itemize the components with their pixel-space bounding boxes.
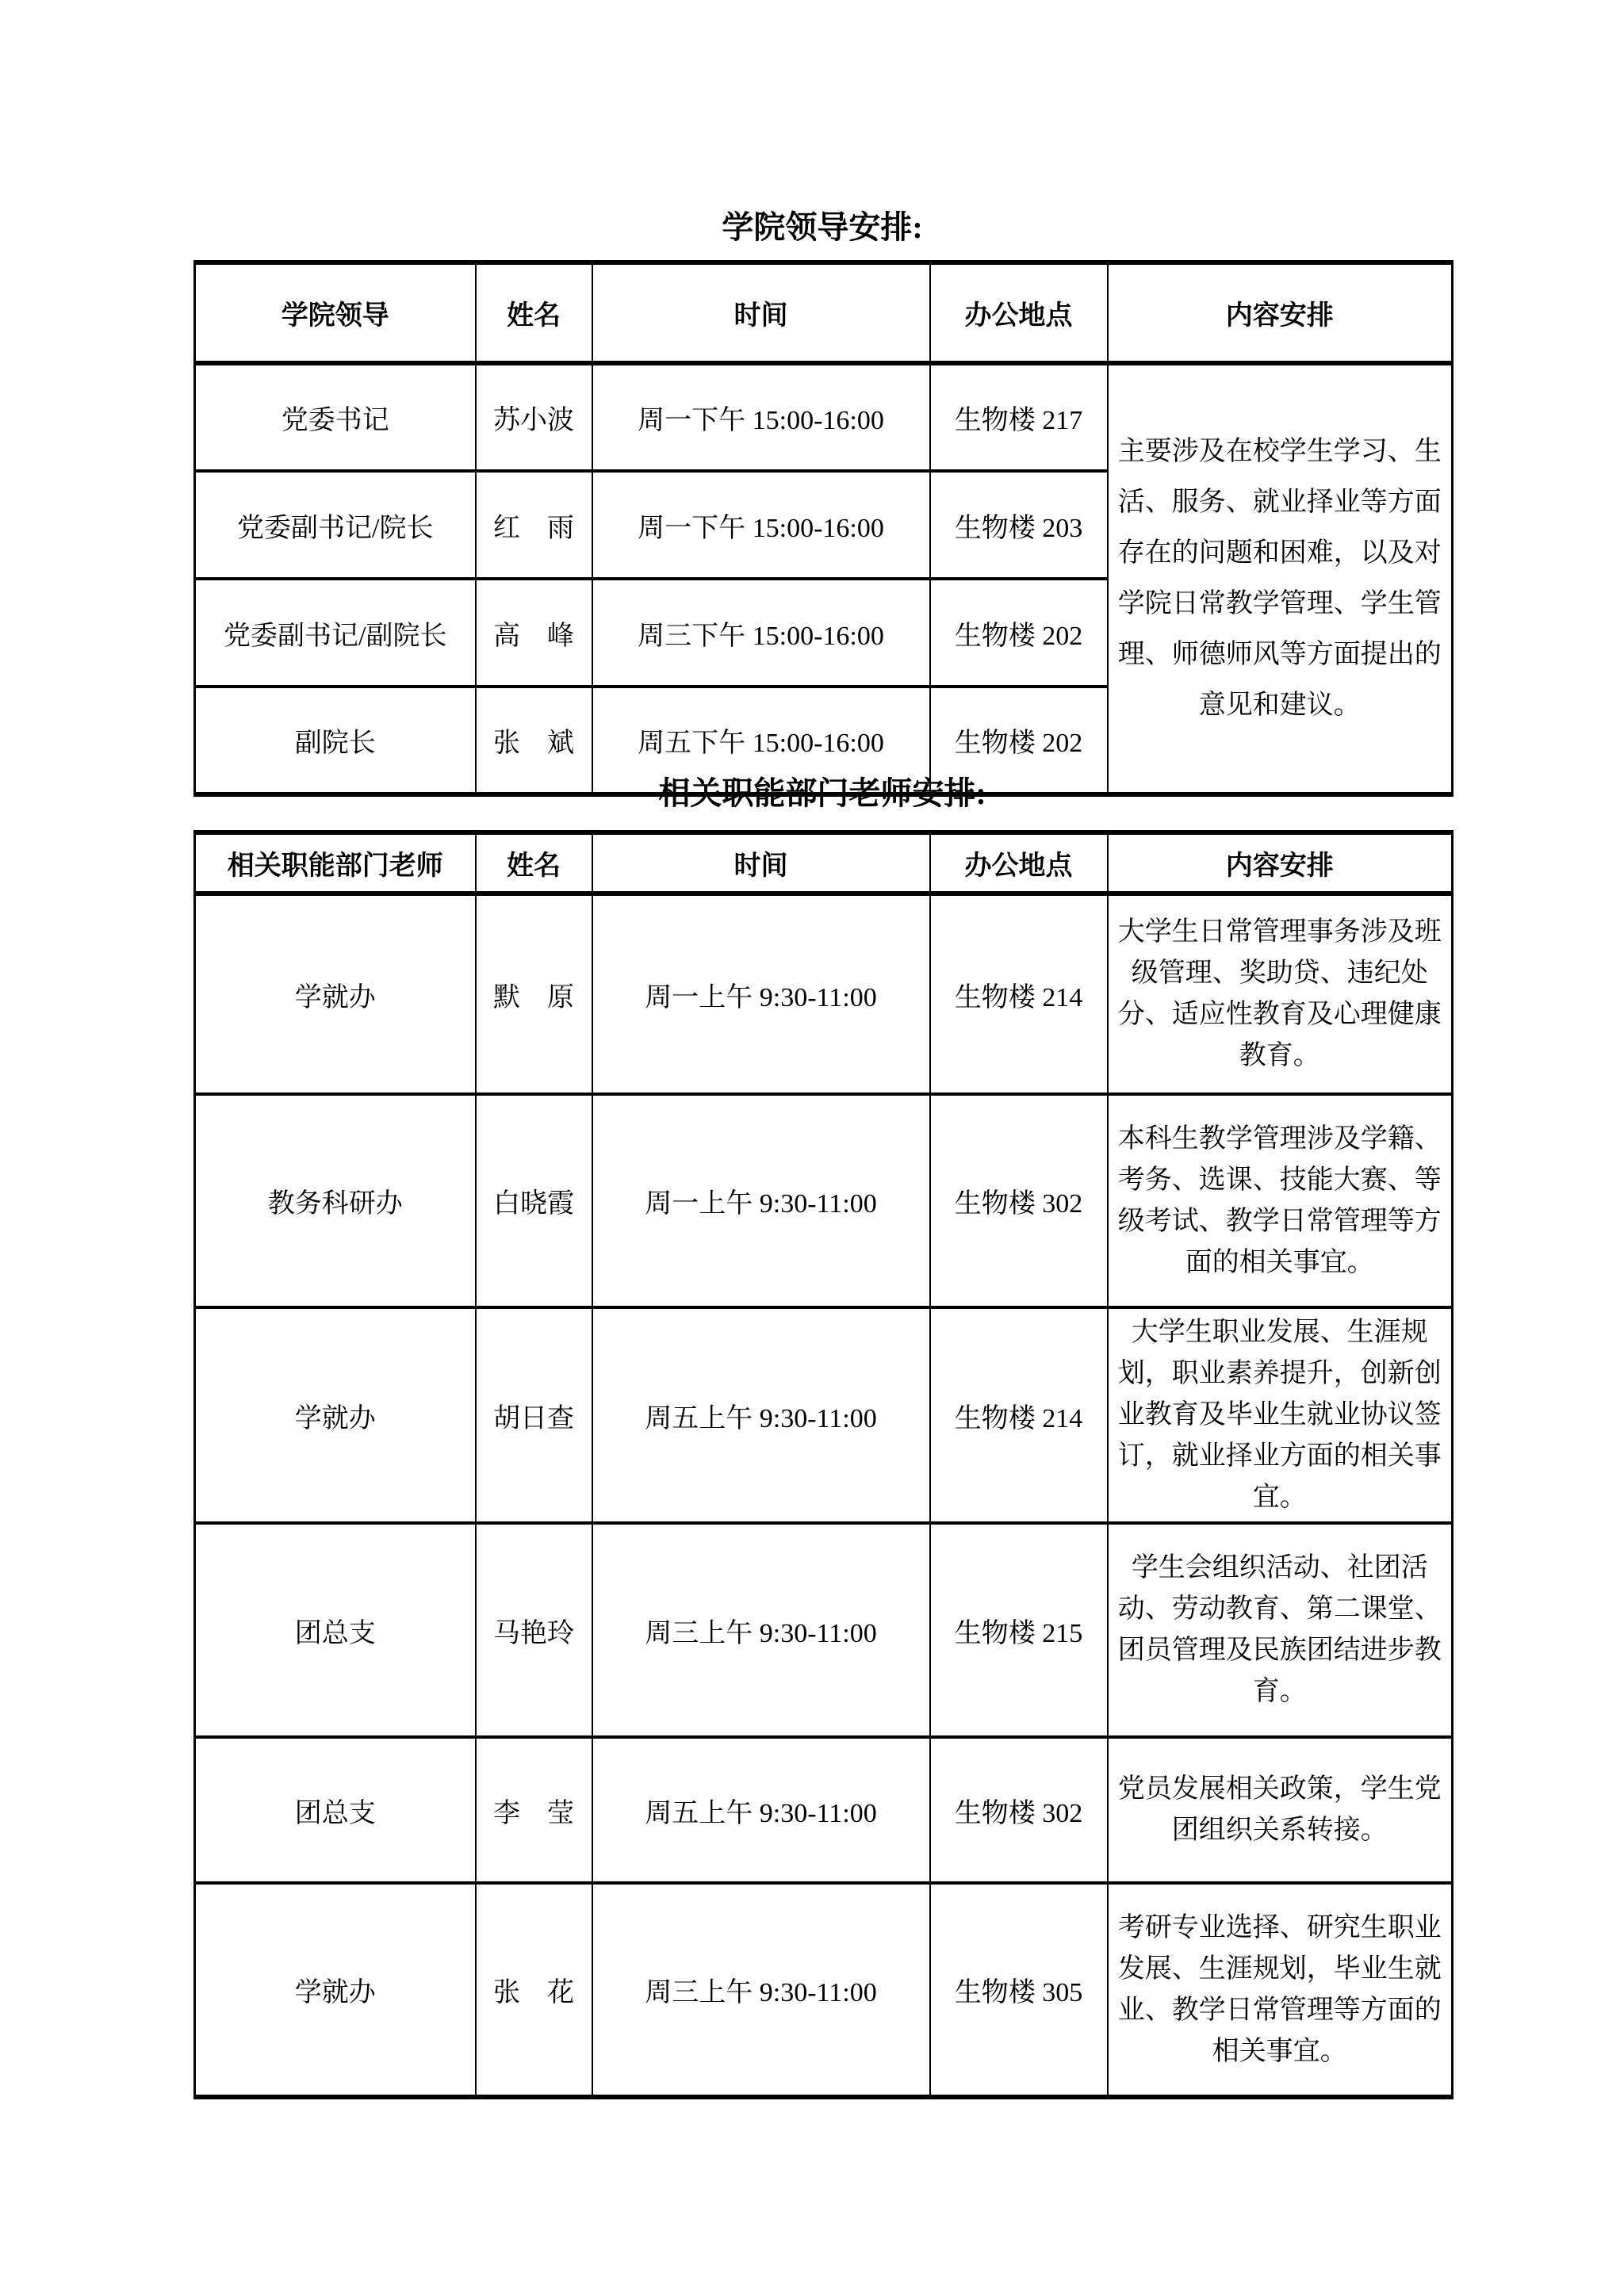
teacher-name-cell: 张 花: [476, 1883, 592, 2097]
leaders-table: 学院领导 姓名 时间 办公地点 内容安排 党委书记 苏小波 周一下午 15:00…: [193, 260, 1454, 797]
office-cell: 生物楼 214: [930, 894, 1108, 1094]
table-row: 党委书记 苏小波 周一下午 15:00-16:00 生物楼 217 主要涉及在校…: [195, 363, 1453, 471]
office-cell: 生物楼 305: [930, 1883, 1108, 2097]
teacher-name-cell: 白晓霞: [476, 1094, 592, 1307]
time-cell: 周一下午 15:00-16:00: [592, 471, 930, 579]
office-cell: 生物楼 302: [930, 1094, 1108, 1307]
leader-name-cell: 苏小波: [476, 363, 592, 471]
leader-name-cell: 高 峰: [476, 579, 592, 687]
column-header-name: 姓名: [476, 262, 592, 363]
office-cell: 生物楼 214: [930, 1307, 1108, 1523]
department-cell: 教务科研办: [195, 1094, 476, 1307]
content-cell: 大学生日常管理事务涉及班级管理、奖助贷、违纪处分、适应性教育及心理健康教育。: [1108, 894, 1453, 1094]
leader-role-cell: 党委书记: [195, 363, 476, 471]
leader-role-cell: 党委副书记/院长: [195, 471, 476, 579]
leaders-header-row: 学院领导 姓名 时间 办公地点 内容安排: [195, 262, 1453, 363]
office-cell: 生物楼 302: [930, 1737, 1108, 1883]
content-cell: 考研专业选择、研究生职业发展、生涯规划，毕业生就业、教学日常管理等方面的相关事宜…: [1108, 1883, 1453, 2097]
time-cell: 周一下午 15:00-16:00: [592, 363, 930, 471]
office-cell: 生物楼 217: [930, 363, 1108, 471]
time-cell: 周三上午 9:30-11:00: [592, 1883, 930, 2097]
department-cell: 团总支: [195, 1523, 476, 1737]
time-cell: 周五上午 9:30-11:00: [592, 1307, 930, 1523]
content-cell: 本科生教学管理涉及学籍、考务、选课、技能大赛、等级考试、教学日常管理等方面的相关…: [1108, 1094, 1453, 1307]
content-cell: 学生会组织活动、社团活动、劳动教育、第二课堂、团员管理及民族团结进步教育。: [1108, 1523, 1453, 1737]
content-merged-cell: 主要涉及在校学生学习、生活、服务、就业择业等方面存在的问题和困难，以及对学院日常…: [1108, 363, 1453, 794]
leader-role-cell: 党委副书记/副院长: [195, 579, 476, 687]
time-cell: 周一上午 9:30-11:00: [592, 894, 930, 1094]
column-header-time: 时间: [592, 832, 930, 894]
department-cell: 团总支: [195, 1737, 476, 1883]
department-cell: 学就办: [195, 894, 476, 1094]
table-row: 学就办 胡日查 周五上午 9:30-11:00 生物楼 214 大学生职业发展、…: [195, 1307, 1453, 1523]
teacher-name-cell: 马艳玲: [476, 1523, 592, 1737]
column-header-content: 内容安排: [1108, 832, 1453, 894]
teacher-name-cell: 胡日查: [476, 1307, 592, 1523]
time-cell: 周一上午 9:30-11:00: [592, 1094, 930, 1307]
document-page: 学院领导安排: 学院领导 姓名 时间 办公地点 内容安排 党委书记 苏小波 周一…: [0, 0, 1624, 2296]
department-cell: 学就办: [195, 1883, 476, 2097]
content-cell: 大学生职业发展、生涯规划，职业素养提升，创新创业教育及毕业生就业协议签订，就业择…: [1108, 1307, 1453, 1523]
time-cell: 周五上午 9:30-11:00: [592, 1737, 930, 1883]
teacher-name-cell: 默 原: [476, 894, 592, 1094]
table-row: 学就办 张 花 周三上午 9:30-11:00 生物楼 305 考研专业选择、研…: [195, 1883, 1453, 2097]
department-cell: 学就办: [195, 1307, 476, 1523]
departments-table: 相关职能部门老师 姓名 时间 办公地点 内容安排 学就办 默 原 周一上午 9:…: [193, 830, 1454, 2099]
column-header-time: 时间: [592, 262, 930, 363]
column-header-leader: 学院领导: [195, 262, 476, 363]
table-row: 学就办 默 原 周一上午 9:30-11:00 生物楼 214 大学生日常管理事…: [195, 894, 1453, 1094]
office-cell: 生物楼 203: [930, 471, 1108, 579]
column-header-content: 内容安排: [1108, 262, 1453, 363]
office-cell: 生物楼 215: [930, 1523, 1108, 1737]
office-cell: 生物楼 202: [930, 579, 1108, 687]
table-row: 教务科研办 白晓霞 周一上午 9:30-11:00 生物楼 302 本科生教学管…: [195, 1094, 1453, 1307]
column-header-office: 办公地点: [930, 832, 1108, 894]
content-cell: 党员发展相关政策，学生党团组织关系转接。: [1108, 1737, 1453, 1883]
departments-section-title: 相关职能部门老师安排:: [193, 774, 1451, 813]
table-row: 团总支 马艳玲 周三上午 9:30-11:00 生物楼 215 学生会组织活动、…: [195, 1523, 1453, 1737]
column-header-office: 办公地点: [930, 262, 1108, 363]
time-cell: 周三下午 15:00-16:00: [592, 579, 930, 687]
leaders-section-title: 学院领导安排:: [193, 208, 1451, 247]
departments-header-row: 相关职能部门老师 姓名 时间 办公地点 内容安排: [195, 832, 1453, 894]
leader-name-cell: 红 雨: [476, 471, 592, 579]
teacher-name-cell: 李 莹: [476, 1737, 592, 1883]
column-header-name: 姓名: [476, 832, 592, 894]
column-header-department: 相关职能部门老师: [195, 832, 476, 894]
time-cell: 周三上午 9:30-11:00: [592, 1523, 930, 1737]
table-row: 团总支 李 莹 周五上午 9:30-11:00 生物楼 302 党员发展相关政策…: [195, 1737, 1453, 1883]
